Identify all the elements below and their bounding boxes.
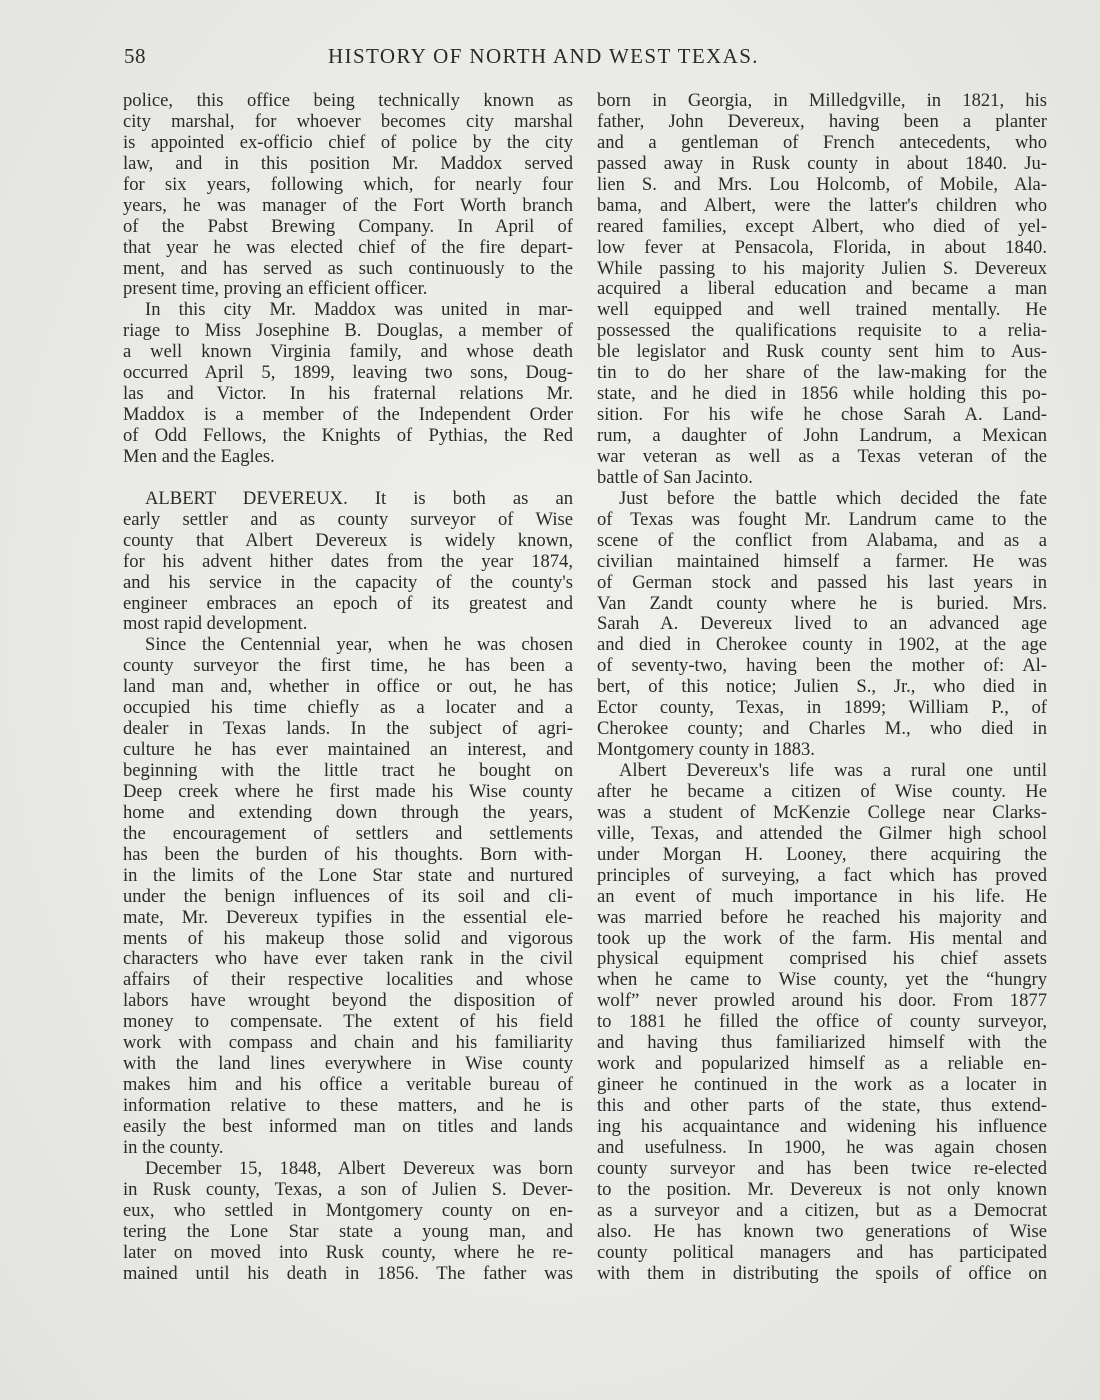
text-line: most rapid development. [123, 614, 573, 635]
text-line: in the limits of the Lone Star state and… [123, 866, 573, 887]
text-line: tin to do her share of the law-making fo… [597, 363, 1047, 384]
text-line: and a gentleman of French antecedents, w… [597, 133, 1047, 154]
text-line: beginning with the little tract he bough… [123, 761, 573, 782]
text-line: in the county. [123, 1138, 573, 1159]
text-line: dealer in Texas lands. In the subject of… [123, 719, 573, 740]
text-line: under Morgan H. Looney, there acquiring … [597, 845, 1047, 866]
text-line: law, and in this position Mr. Maddox ser… [123, 154, 573, 175]
text-line: tering the Lone Star state a young man, … [123, 1222, 573, 1243]
text-line: in Rusk county, Texas, a son of Julien S… [123, 1180, 573, 1201]
text-line: eux, who settled in Montgomery county on… [123, 1201, 573, 1222]
text-line: with them in distributing the spoils of … [597, 1264, 1047, 1285]
text-line: city marshal, for whoever becomes city m… [123, 112, 573, 133]
text-line: later on moved into Rusk county, where h… [123, 1243, 573, 1264]
text-line: the encouragement of settlers and settle… [123, 824, 573, 845]
text-line: and usefulness. In 1900, he was again ch… [597, 1138, 1047, 1159]
text-line: for his advent hither dates from the yea… [123, 552, 573, 573]
text-line: took up the work of the farm. His mental… [597, 929, 1047, 950]
text-line: also. He has known two generations of Wi… [597, 1222, 1047, 1243]
text-line: passed away in Rusk county in about 1840… [597, 154, 1047, 175]
text-line: ALBERT DEVEREUX. It is both as an [123, 489, 573, 510]
text-line: bama, and Albert, were the latter's chil… [597, 196, 1047, 217]
text-line: acquired a liberal education and became … [597, 279, 1047, 300]
text-line: years, he was manager of the Fort Worth … [123, 196, 573, 217]
text-line: characters who have ever taken rank in t… [123, 949, 573, 970]
text-line: war veteran as well as a Texas veteran o… [597, 447, 1047, 468]
text-line: reared families, except Albert, who died… [597, 217, 1047, 238]
text-line: Men and the Eagles. [123, 447, 573, 468]
text-line: Albert Devereux's life was a rural one u… [597, 761, 1047, 782]
text-line: mained until his death in 1856. The fath… [123, 1264, 573, 1285]
text-line: of Texas was fought Mr. Landrum came to … [597, 510, 1047, 531]
running-title: HISTORY OF NORTH AND WEST TEXAS. [328, 44, 759, 69]
text-line: rum, a daughter of John Landrum, a Mexic… [597, 426, 1047, 447]
text-line: ble legislator and Rusk county sent him … [597, 342, 1047, 363]
text-line: December 15, 1848, Albert Devereux was b… [123, 1159, 573, 1180]
text-line: principles of surveying, a fact which ha… [597, 866, 1047, 887]
text-line: work with compass and chain and his fami… [123, 1033, 573, 1054]
text-line: engineer embraces an epoch of its greate… [123, 594, 573, 615]
text-line: father, John Devereux, having been a pla… [597, 112, 1047, 133]
text-line: under the benign influences of its soil … [123, 887, 573, 908]
text-line: Deep creek where he first made his Wise … [123, 782, 573, 803]
page-header: 58 HISTORY OF NORTH AND WEST TEXAS. [124, 44, 1040, 76]
text-line: makes him and his office a veritable bur… [123, 1075, 573, 1096]
text-line: that year he was elected chief of the fi… [123, 238, 573, 259]
text-line: ville, Texas, and attended the Gilmer hi… [597, 824, 1047, 845]
text-line: information relative to these matters, a… [123, 1096, 573, 1117]
text-line: with the land lines everywhere in Wise c… [123, 1054, 573, 1075]
text-line: lien S. and Mrs. Lou Holcomb, of Mobile,… [597, 175, 1047, 196]
book-page: 58 HISTORY OF NORTH AND WEST TEXAS. poli… [0, 0, 1100, 1400]
text-line: has been the burden of his thoughts. Bor… [123, 845, 573, 866]
text-line: police, this office being technically kn… [123, 91, 573, 112]
text-line: of the Pabst Brewing Company. In April o… [123, 217, 573, 238]
text-line: ments of his makeup those solid and vigo… [123, 929, 573, 950]
text-line: a well known Virginia family, and whose … [123, 342, 573, 363]
text-line: In this city Mr. Maddox was united in ma… [123, 300, 573, 321]
text-line: ment, and has served as such continuousl… [123, 259, 573, 280]
text-line: labors have wrought beyond the dispositi… [123, 991, 573, 1012]
text-line: as a surveyor and a citizen, but as a De… [597, 1201, 1047, 1222]
paragraph-gap [123, 468, 573, 489]
text-line: las and Victor. In his fraternal relatio… [123, 384, 573, 405]
text-line: Just before the battle which decided the… [597, 489, 1047, 510]
text-line: and died in Cherokee county in 1902, at … [597, 635, 1047, 656]
text-line: of Odd Fellows, the Knights of Pythias, … [123, 426, 573, 447]
text-line: county surveyor the first time, he has b… [123, 656, 573, 677]
text-line: county political managers and has partic… [597, 1243, 1047, 1264]
text-line: occupied his time chiefly as a locater a… [123, 698, 573, 719]
text-line: civilian maintained himself a farmer. He… [597, 552, 1047, 573]
text-line: county surveyor and has been twice re-el… [597, 1159, 1047, 1180]
text-line: was a student of McKenzie College near C… [597, 803, 1047, 824]
text-line: to the position. Mr. Devereux is not onl… [597, 1180, 1047, 1201]
text-line: for six years, following which, for near… [123, 175, 573, 196]
text-line: work and popularized himself as a reliab… [597, 1054, 1047, 1075]
text-line: Cherokee county; and Charles M., who die… [597, 719, 1047, 740]
page-number: 58 [124, 44, 146, 69]
text-line: when he came to Wise county, yet the “hu… [597, 970, 1047, 991]
text-column-right: born in Georgia, in Milledgville, in 182… [597, 91, 1047, 1284]
text-line: occurred April 5, 1899, leaving two sons… [123, 363, 573, 384]
text-line: Van Zandt county where he is buried. Mrs… [597, 594, 1047, 615]
text-line: county that Albert Devereux is widely kn… [123, 531, 573, 552]
text-line: ing his acquaintance and widening his in… [597, 1117, 1047, 1138]
text-line: was married before he reached his majori… [597, 908, 1047, 929]
text-line: of seventy-two, having been the mother o… [597, 656, 1047, 677]
text-line: possessed the qualifications requisite t… [597, 321, 1047, 342]
text-line: Montgomery county in 1883. [597, 740, 1047, 761]
text-line: born in Georgia, in Milledgville, in 182… [597, 91, 1047, 112]
text-line: present time, proving an efficient offic… [123, 279, 573, 300]
text-line: culture he has ever maintained an intere… [123, 740, 573, 761]
text-line: wolf” never prowled around his door. Fro… [597, 991, 1047, 1012]
text-line: riage to Miss Josephine B. Douglas, a me… [123, 321, 573, 342]
text-line: mate, Mr. Devereux typifies in the essen… [123, 908, 573, 929]
text-line: Maddox is a member of the Independent Or… [123, 405, 573, 426]
text-line: of German stock and passed his last year… [597, 573, 1047, 594]
text-line: home and extending down through the year… [123, 803, 573, 824]
text-line: scene of the conflict from Alabama, and … [597, 531, 1047, 552]
text-line: Since the Centennial year, when he was c… [123, 635, 573, 656]
text-line: easily the best informed man on titles a… [123, 1117, 573, 1138]
text-line: money to compensate. The extent of his f… [123, 1012, 573, 1033]
text-line: and having thus familiarized himself wit… [597, 1033, 1047, 1054]
text-line: Ector county, Texas, in 1899; William P.… [597, 698, 1047, 719]
text-line: early settler and as county surveyor of … [123, 510, 573, 531]
text-line: after he became a citizen of Wise county… [597, 782, 1047, 803]
text-column-left: police, this office being technically kn… [123, 91, 573, 1284]
text-line: state, and he died in 1856 while holding… [597, 384, 1047, 405]
text-line: to 1881 he filled the office of county s… [597, 1012, 1047, 1033]
text-line: low fever at Pensacola, Florida, in abou… [597, 238, 1047, 259]
text-line: bert, of this notice; Julien S., Jr., wh… [597, 677, 1047, 698]
text-line: While passing to his majority Julien S. … [597, 259, 1047, 280]
text-line: affairs of their respective localities a… [123, 970, 573, 991]
text-line: is appointed ex-officio chief of police … [123, 133, 573, 154]
text-line: this and other parts of the state, thus … [597, 1096, 1047, 1117]
text-line: gineer he continued in the work as a loc… [597, 1075, 1047, 1096]
text-line: land man and, whether in office or out, … [123, 677, 573, 698]
text-line: Sarah A. Devereux lived to an advanced a… [597, 614, 1047, 635]
text-line: an event of much importance in his life.… [597, 887, 1047, 908]
text-line: well equipped and well trained mentally.… [597, 300, 1047, 321]
text-line: battle of San Jacinto. [597, 468, 1047, 489]
text-line: physical equipment comprised his chief a… [597, 949, 1047, 970]
text-line: and his service in the capacity of the c… [123, 573, 573, 594]
text-line: sition. For his wife he chose Sarah A. L… [597, 405, 1047, 426]
